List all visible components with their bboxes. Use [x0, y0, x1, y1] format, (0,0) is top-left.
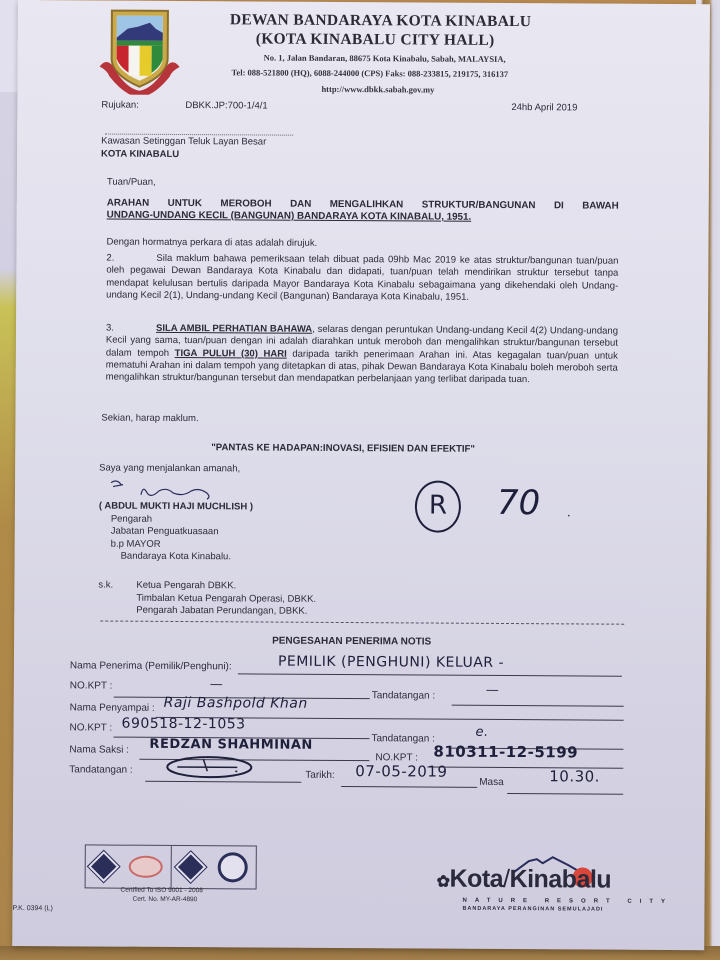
date-value: 07-05-2019 — [355, 762, 447, 781]
witness-name-label: Nama Saksi : — [69, 744, 129, 755]
brand-tagline-malay: BANDARAYA PERANGINAN SEMULAJADI — [462, 906, 603, 913]
letter-page: DEWAN BANDARAYA KOTA KINABALU (KOTA KINA… — [12, 0, 710, 950]
org-name-english: (KOTA KINABALU CITY HALL) — [256, 30, 495, 49]
subject-word: MEROBOH — [220, 198, 271, 210]
paragraph-emphasis: SILA AMBIL PERHATIAN BAHAWA — [156, 323, 312, 335]
quality-system-badge-icon — [175, 852, 206, 883]
sirim-logo-icon — [129, 856, 163, 878]
recipient-address-line1: Kawasan Setinggan Teluk Layan Besar — [101, 136, 266, 150]
salutation: Tuan/Puan, — [107, 177, 156, 190]
witness-signature-icon — [163, 753, 255, 782]
brand-text-kinabalu: Kinabalu — [509, 865, 611, 894]
handwritten-circled-letter: R — [415, 480, 461, 532]
form-code: P.K. 0394 (L) — [12, 905, 52, 912]
subject-word: DI — [554, 200, 564, 212]
recipient-sign-label: Tandatangan : — [372, 690, 435, 701]
witness-ic-value: 810311-12-5199 — [433, 743, 578, 762]
brand-text-kota: Kota — [449, 865, 503, 893]
witness-sign-label: Tandatangan : — [69, 764, 132, 775]
city-hall-crest-icon — [97, 6, 182, 95]
letter-subject: ARAHANUNTUKMEROBOHDANMENGALIHKANSTRUKTUR… — [107, 198, 619, 225]
deadline-text: TIGA PULUH (30) HARI — [175, 348, 287, 360]
deliverer-name-value: Raji Bashpold Khan — [164, 695, 308, 712]
recipient-sign-value: — — [486, 683, 500, 698]
paragraph-text: Sila maklum bahawa pemeriksaan telah dib… — [106, 253, 618, 303]
signatory-block: ( ABDUL MUKTI HAJI MUCHLISH ) Pengarah J… — [99, 501, 253, 565]
deliverer-sign-label: Tandatangan : — [371, 733, 434, 744]
deliverer-sign-value: e. — [475, 725, 488, 740]
brand-tagline: NATURE RESORT CITY — [462, 898, 673, 905]
cc-label: s.k. — [98, 580, 113, 593]
quality-system-badge-icon — [88, 851, 119, 882]
intro-text: Dengan hormatnya perkara di atas adalah … — [106, 237, 317, 251]
subject-word: UNTUK — [168, 198, 202, 210]
org-website: http://www.dbkk.sabah.gov.my — [321, 84, 434, 95]
orchid-icon: ✿ — [437, 874, 450, 891]
letter-date: 24hb April 2019 — [511, 102, 577, 115]
reference-label: Rujukan: — [101, 100, 139, 113]
signatory-department: Jabatan Penguatkuasaan — [99, 526, 253, 540]
amanah-text: Saya yang menjalankan amanah, — [99, 463, 240, 476]
certification-logo-group — [170, 846, 256, 889]
subject-word: DAN — [290, 199, 311, 211]
handwritten-number: 70 — [497, 483, 541, 523]
iso-cert-number: Cert. No. MY-AR-4890 — [132, 896, 197, 903]
subject-word: MENGALIHKAN — [330, 199, 404, 211]
acknowledgement-title: PENGESAHAN PENERIMA NOTIS — [272, 636, 431, 648]
cc-item: Pengarah Jabatan Perundangan, DBKK. — [136, 605, 316, 619]
handwritten-dot: . — [567, 505, 571, 519]
iso-cert-text: Certified To ISO 9001 - 2008 — [121, 887, 203, 895]
deliverer-ic-label: NO.KPT : — [70, 722, 113, 733]
closing-text: Sekian, harap maklum. — [101, 413, 198, 426]
iso-certification-logos — [85, 844, 257, 889]
subject-word: BAWAH — [582, 200, 619, 212]
witness-name-value: REDZAN SHAHMINAN — [149, 737, 312, 753]
deliverer-name-label: Nama Penyampai : — [70, 702, 155, 714]
signatory-bp: b.p MAYOR — [99, 538, 253, 552]
deliverer-ic-value: 690518-12-1053 — [122, 716, 246, 733]
signatory-name: ( ABDUL MUKTI HAJI MUCHLISH ) — [99, 501, 253, 515]
iqnet-logo-icon — [217, 852, 247, 882]
paragraph-number: 3. — [106, 323, 156, 336]
recipient-name-label: Nama Penerima (Pemilik/Penghuni): — [70, 660, 232, 672]
time-label: Masa — [479, 777, 504, 788]
paragraph-number: 2. — [106, 253, 156, 266]
recipient-address-line2: KOTA KINABALU — [101, 149, 179, 162]
recipient-name-value: PEMILIK (PENGHUNI) KELUAR - — [278, 654, 504, 671]
reference-value: DBKK.JP:700-1/4/1 — [185, 100, 267, 113]
signatory-org: Bandaraya Kota Kinabalu. — [99, 551, 253, 565]
subject-word: ARAHAN — [107, 198, 150, 210]
cc-item: Timbalan Ketua Pengarah Operasi, DBKK. — [136, 592, 316, 606]
section-divider — [100, 621, 624, 625]
time-value: 10.30. — [549, 767, 600, 785]
certification-logo-group — [86, 845, 171, 888]
subject-word: STRUKTUR/BANGUNAN — [422, 199, 536, 212]
subject-line2: UNDANG-UNDANG KECIL (BANGUNAN) BANDARAYA… — [107, 210, 619, 225]
cc-list: Ketua Pengarah DBKK. Timbalan Ketua Peng… — [136, 580, 316, 619]
recipient-ic-label: NO.KPT : — [70, 680, 113, 691]
date-label: Tarikh: — [305, 770, 335, 781]
paragraph-3: 3.SILA AMBIL PERHATIAN BAHAWA, selaras d… — [106, 323, 618, 388]
org-address: No. 1, Jalan Bandaran, 88675 Kota Kinaba… — [264, 53, 506, 64]
kota-kinabalu-logo: ✿Kota/Kinabalu — [437, 865, 612, 895]
paragraph-2: 2.Sila maklum bahawa pemeriksaan telah d… — [106, 253, 618, 305]
recipient-ic-value: — — [210, 677, 224, 692]
signatory-title: Pengarah — [99, 513, 253, 527]
cc-item: Ketua Pengarah DBKK. — [136, 580, 316, 594]
org-name: DEWAN BANDARAYA KOTA KINABALU — [230, 11, 532, 31]
motto: "PANTAS KE HADAPAN:INOVASI, EFISIEN DAN … — [211, 442, 475, 455]
org-contact: Tel: 088-521800 (HQ), 6088-244000 (CPS) … — [232, 67, 509, 79]
